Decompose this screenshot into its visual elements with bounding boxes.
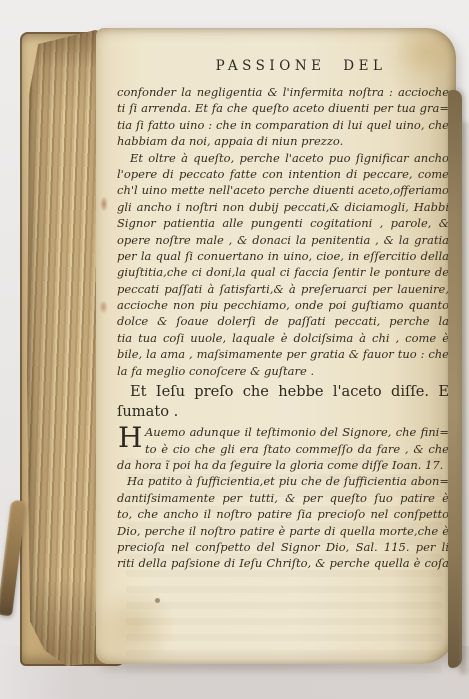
text-line: l'opere di peccato fatte con intention d…: [117, 166, 449, 182]
scripture-line: Et Ieſu preſo che hebbe l'aceto diſſe. E…: [117, 382, 449, 402]
text-line: per la qual ſi conuertano in uino, cioe,…: [117, 248, 449, 264]
text-line: confonder la negligentia & l'infermita n…: [117, 84, 449, 100]
text-line: riti della paſsione di Ieſu Chriſto, & p…: [117, 555, 449, 571]
text-line: Signor patientia alle pungenti cogitatio…: [117, 215, 449, 231]
scripture-line: ſumato .: [117, 402, 449, 422]
text-line: to è cio che gli era ſtato commeſſo da f…: [117, 441, 449, 457]
text-line: bile, la ama , maſsimamente per gratia &…: [117, 346, 449, 362]
page-stain: [100, 196, 108, 212]
text-line: ti ſi arrenda. Et fa che queſto aceto di…: [117, 100, 449, 116]
text-line: Dio, perche il noſtro patire è parte di …: [117, 523, 449, 539]
right-outer-shadow: [460, 122, 469, 674]
text-line: to, che ancho il noſtro patire ſia preci…: [117, 506, 449, 522]
running-head: PASSIONE DEL: [146, 58, 456, 74]
text-line: tia ſi fatto uino : che in comparation d…: [117, 117, 449, 133]
text-line: la fa meglio conoſcere & guſtare .: [117, 363, 449, 379]
text-line: dantiſsimamente per tutti, & per queſto …: [117, 490, 449, 506]
text-line: gli ancho i noſtri non dubij peccati,& d…: [117, 199, 449, 215]
text-line: Auemo adunque il teſtimonio del Signore,…: [117, 424, 449, 440]
text-line: precioſa nel conſpetto del Signor Dio, S…: [117, 539, 449, 555]
drop-cap-initial: H: [118, 425, 142, 451]
text-line: ch'l uino mette nell'aceto perche diuent…: [117, 182, 449, 198]
book-page: PASSIONE DEL confonder la negligentia & …: [96, 28, 456, 664]
text-line: dolce & ſoaue dolerſi de paſſati peccati…: [117, 313, 449, 329]
text-block: confonder la negligentia & l'infermita n…: [117, 84, 449, 572]
text-line: da hora ĩ poi ha da ſeguire la gloria co…: [117, 457, 449, 473]
photo-scene: PASSIONE DEL confonder la negligentia & …: [0, 0, 469, 699]
text-line: tia tua coſi uuole, laquale è dolciſsima…: [117, 330, 449, 346]
text-line: giuſtitia,che ci doni,la qual ci faccia …: [117, 264, 449, 280]
page-stain: [99, 300, 108, 314]
text-line: habbiam da noi, appaia di niun prezzo.: [117, 133, 449, 149]
text-line: Ha patito à ſufficientia,et piu che de ſ…: [117, 473, 449, 489]
text-line: opere noſtre male , & donaci la penitent…: [117, 232, 449, 248]
text-line: peccati paſſati à ſatisfarti,& à preſeru…: [117, 281, 449, 297]
text-line: Et oltre à queſto, perche l'aceto puo ſi…: [117, 150, 449, 166]
text-line: accioche non piu pecchiamo, onde poi guſ…: [117, 297, 449, 313]
